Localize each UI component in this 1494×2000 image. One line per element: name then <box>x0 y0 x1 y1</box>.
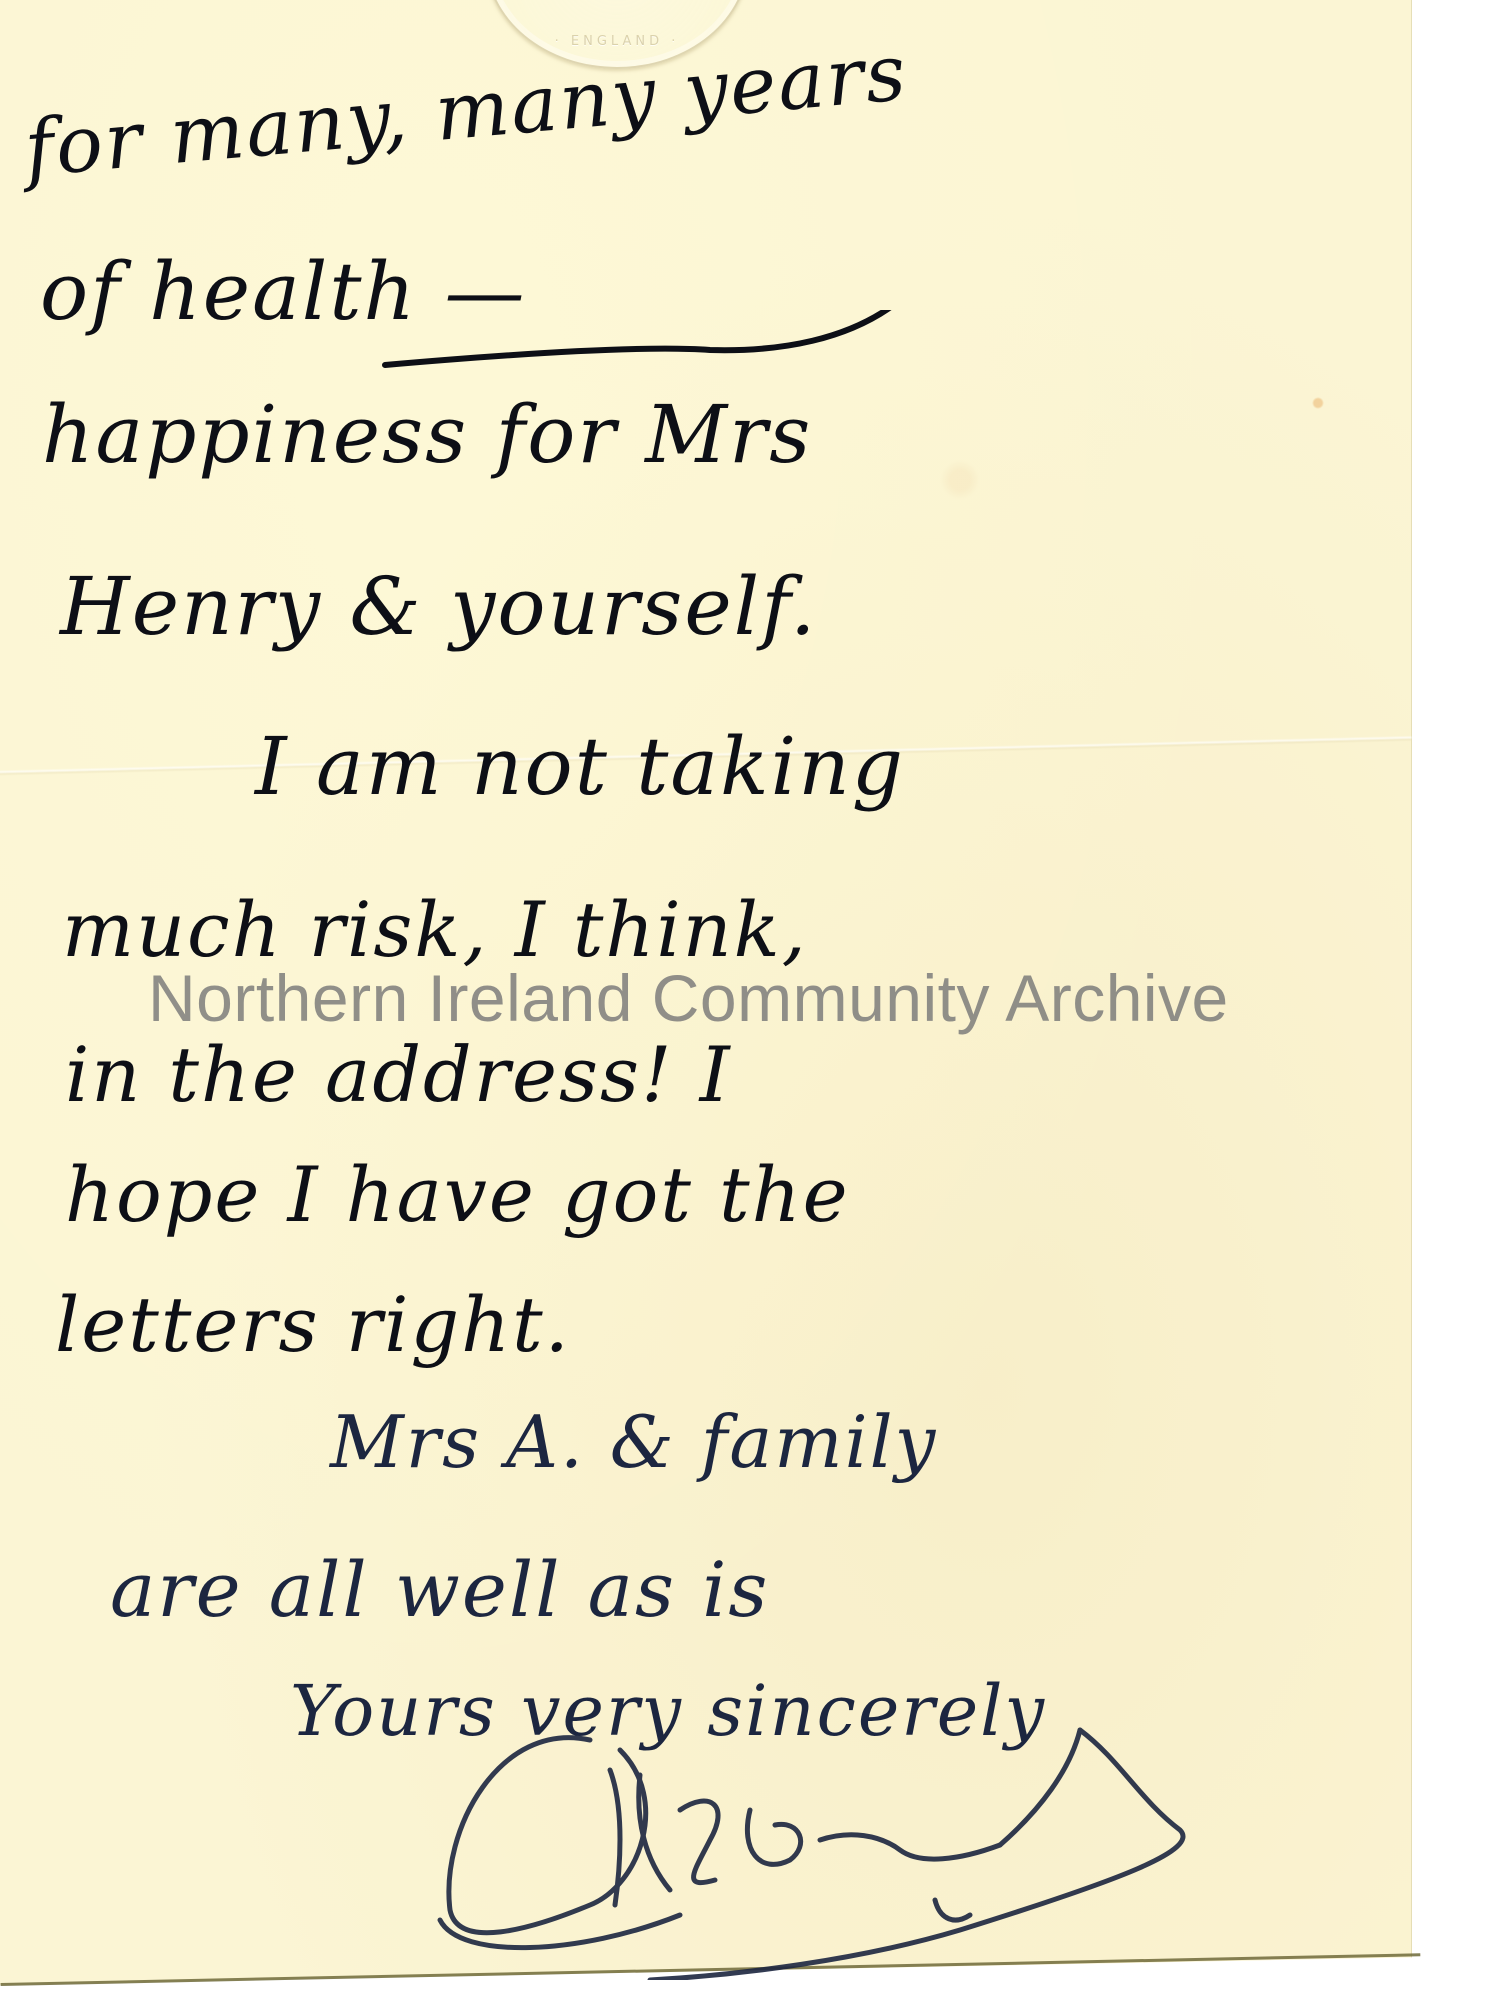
letter-line-10: Mrs A. & family <box>330 1400 937 1484</box>
watermark-text: Northern Ireland Community Archive <box>148 960 1229 1036</box>
letter-line-11: are all well as is <box>110 1545 769 1634</box>
letter-line-9: letters right. <box>55 1280 571 1369</box>
letter-line-5: I am not taking <box>255 720 905 813</box>
letter-line-2: of health — <box>40 245 526 338</box>
letter-line-4: Henry & yourself. <box>60 560 817 653</box>
letter-line-3: happiness for Mrs <box>42 388 812 481</box>
signature-flourish-icon <box>380 1690 1380 1980</box>
letter-line-7: in the address! I <box>65 1030 732 1119</box>
letter-line-8: hope I have got the <box>65 1150 850 1239</box>
seal-text: · ENGLAND · <box>555 34 680 49</box>
